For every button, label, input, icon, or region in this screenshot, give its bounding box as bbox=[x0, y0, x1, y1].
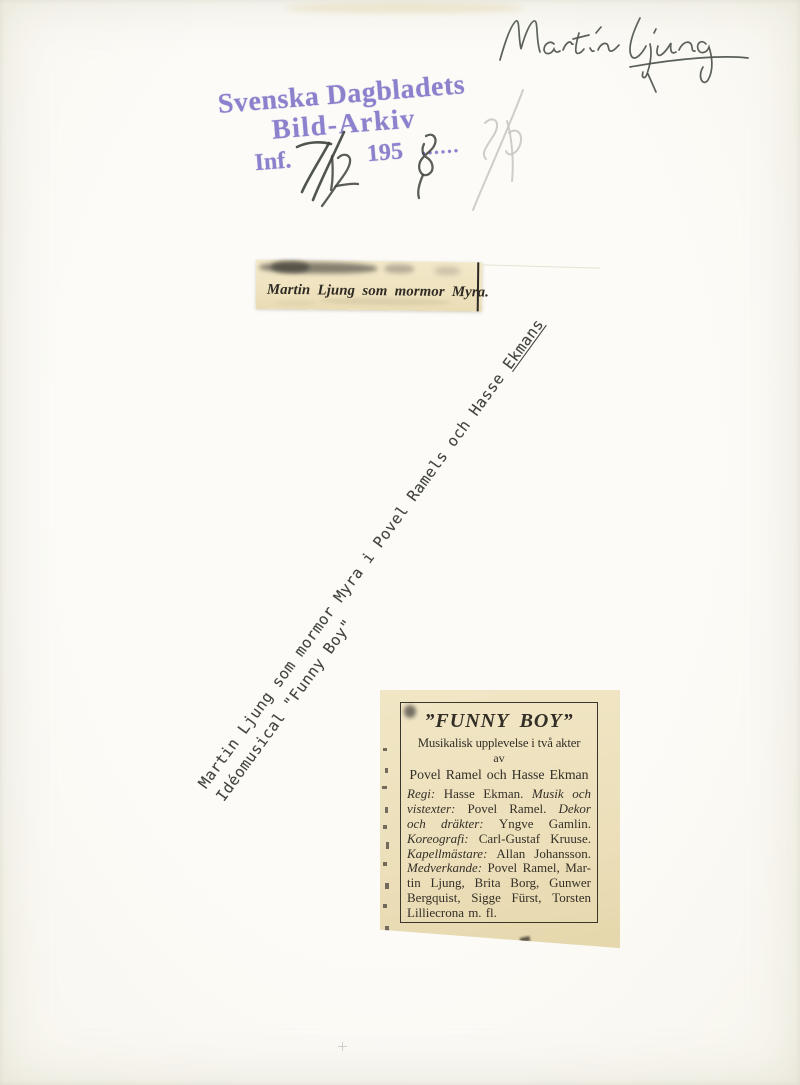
handwritten-7 bbox=[302, 143, 329, 192]
newsprint-smudge bbox=[384, 264, 414, 273]
scratch-line-artifact bbox=[482, 264, 600, 268]
handwritten-tail bbox=[322, 186, 336, 206]
signature-stroke bbox=[679, 42, 695, 51]
show-through-text bbox=[276, 300, 316, 306]
ad-credit-line: Medverkande:PovelRamel,Mar- bbox=[407, 861, 591, 876]
caption-clipping: Martin Ljung som mormor Myra. bbox=[256, 260, 483, 312]
ad-credit-line: Koreografi:Carl-GustafKruuse. bbox=[407, 832, 591, 847]
caption-text: Martin Ljung som mormor Myra. bbox=[267, 282, 489, 302]
ad-authors: Povel Ramel och Hasse Ekman bbox=[407, 765, 591, 784]
ad-credit-line: vistexter:PovelRamel.Dekor bbox=[407, 802, 591, 817]
signature-underline bbox=[630, 57, 748, 67]
print-remnant-mark bbox=[382, 786, 387, 789]
signature-stroke bbox=[500, 21, 540, 60]
print-remnant-mark bbox=[386, 842, 389, 849]
ad-credit-line: ochdräkter:YngveGamlin. bbox=[407, 817, 591, 832]
signature-stroke bbox=[698, 42, 712, 83]
handwritten-8-tail bbox=[418, 175, 423, 198]
ad-credit-line: tinLjung,BritaBorg,Gunwer bbox=[407, 876, 591, 891]
ad-border-box: ”FUNNY BOY” Musikalisk upplevelse i två … bbox=[400, 702, 598, 923]
ad-credit-line: Lilliecronam.fl. bbox=[407, 906, 591, 921]
print-remnant-mark bbox=[383, 825, 387, 829]
ad-title: ”FUNNY BOY” bbox=[407, 710, 591, 733]
newsprint-smudge bbox=[271, 261, 309, 273]
print-remnant-mark bbox=[383, 904, 387, 908]
handwritten-2 bbox=[336, 155, 358, 186]
faint-pencil-scribble bbox=[484, 119, 497, 159]
signature-stroke bbox=[590, 48, 594, 51]
column-rule bbox=[477, 262, 480, 311]
handwritten-date bbox=[280, 85, 540, 215]
signature-stroke bbox=[630, 18, 646, 58]
faint-pencil-stroke bbox=[473, 90, 523, 210]
print-remnant-mark bbox=[383, 748, 387, 751]
ad-byline-connector: av bbox=[407, 752, 591, 765]
faint-pencil-scribble bbox=[506, 131, 521, 155]
signature-stroke bbox=[657, 43, 676, 55]
print-remnant-mark bbox=[383, 862, 387, 866]
registration-mark bbox=[338, 1046, 347, 1047]
photo-back-archive-card: Svenska Dagbladets Bild-Arkiv Inf. 195 .… bbox=[0, 0, 800, 1085]
signature-stroke bbox=[596, 27, 601, 33]
ad-credit-line: Bergquist,SiggeFürst,Torsten bbox=[407, 891, 591, 906]
ink-blot bbox=[520, 936, 531, 943]
print-remnant-mark bbox=[385, 807, 388, 813]
ad-credit-line: Kapellmästare:AllanJohansson. bbox=[407, 847, 591, 862]
ad-credit-line: Regi:HasseEkman.Musikoch bbox=[407, 787, 591, 802]
signature-stroke bbox=[573, 35, 589, 39]
signature-stroke bbox=[598, 43, 619, 51]
signature-stroke bbox=[654, 29, 656, 33]
print-remnant-mark bbox=[385, 883, 389, 889]
newsprint-smudge bbox=[434, 267, 460, 275]
handwritten-1 bbox=[331, 156, 333, 190]
signature-stroke bbox=[563, 42, 573, 50]
handwritten-8 bbox=[419, 135, 435, 175]
signature-stroke bbox=[544, 42, 560, 53]
ad-subtitle: Musikalisk upplevelse i två akter bbox=[407, 735, 591, 752]
ad-clipping: ”FUNNY BOY” Musikalisk upplevelse i två … bbox=[380, 690, 620, 952]
signature-tick bbox=[648, 74, 656, 92]
ad-credits: Regi:HasseEkman.Musikochvistexter:PovelR… bbox=[407, 787, 591, 921]
print-remnant-mark bbox=[385, 926, 389, 931]
print-remnant-mark bbox=[385, 768, 388, 773]
